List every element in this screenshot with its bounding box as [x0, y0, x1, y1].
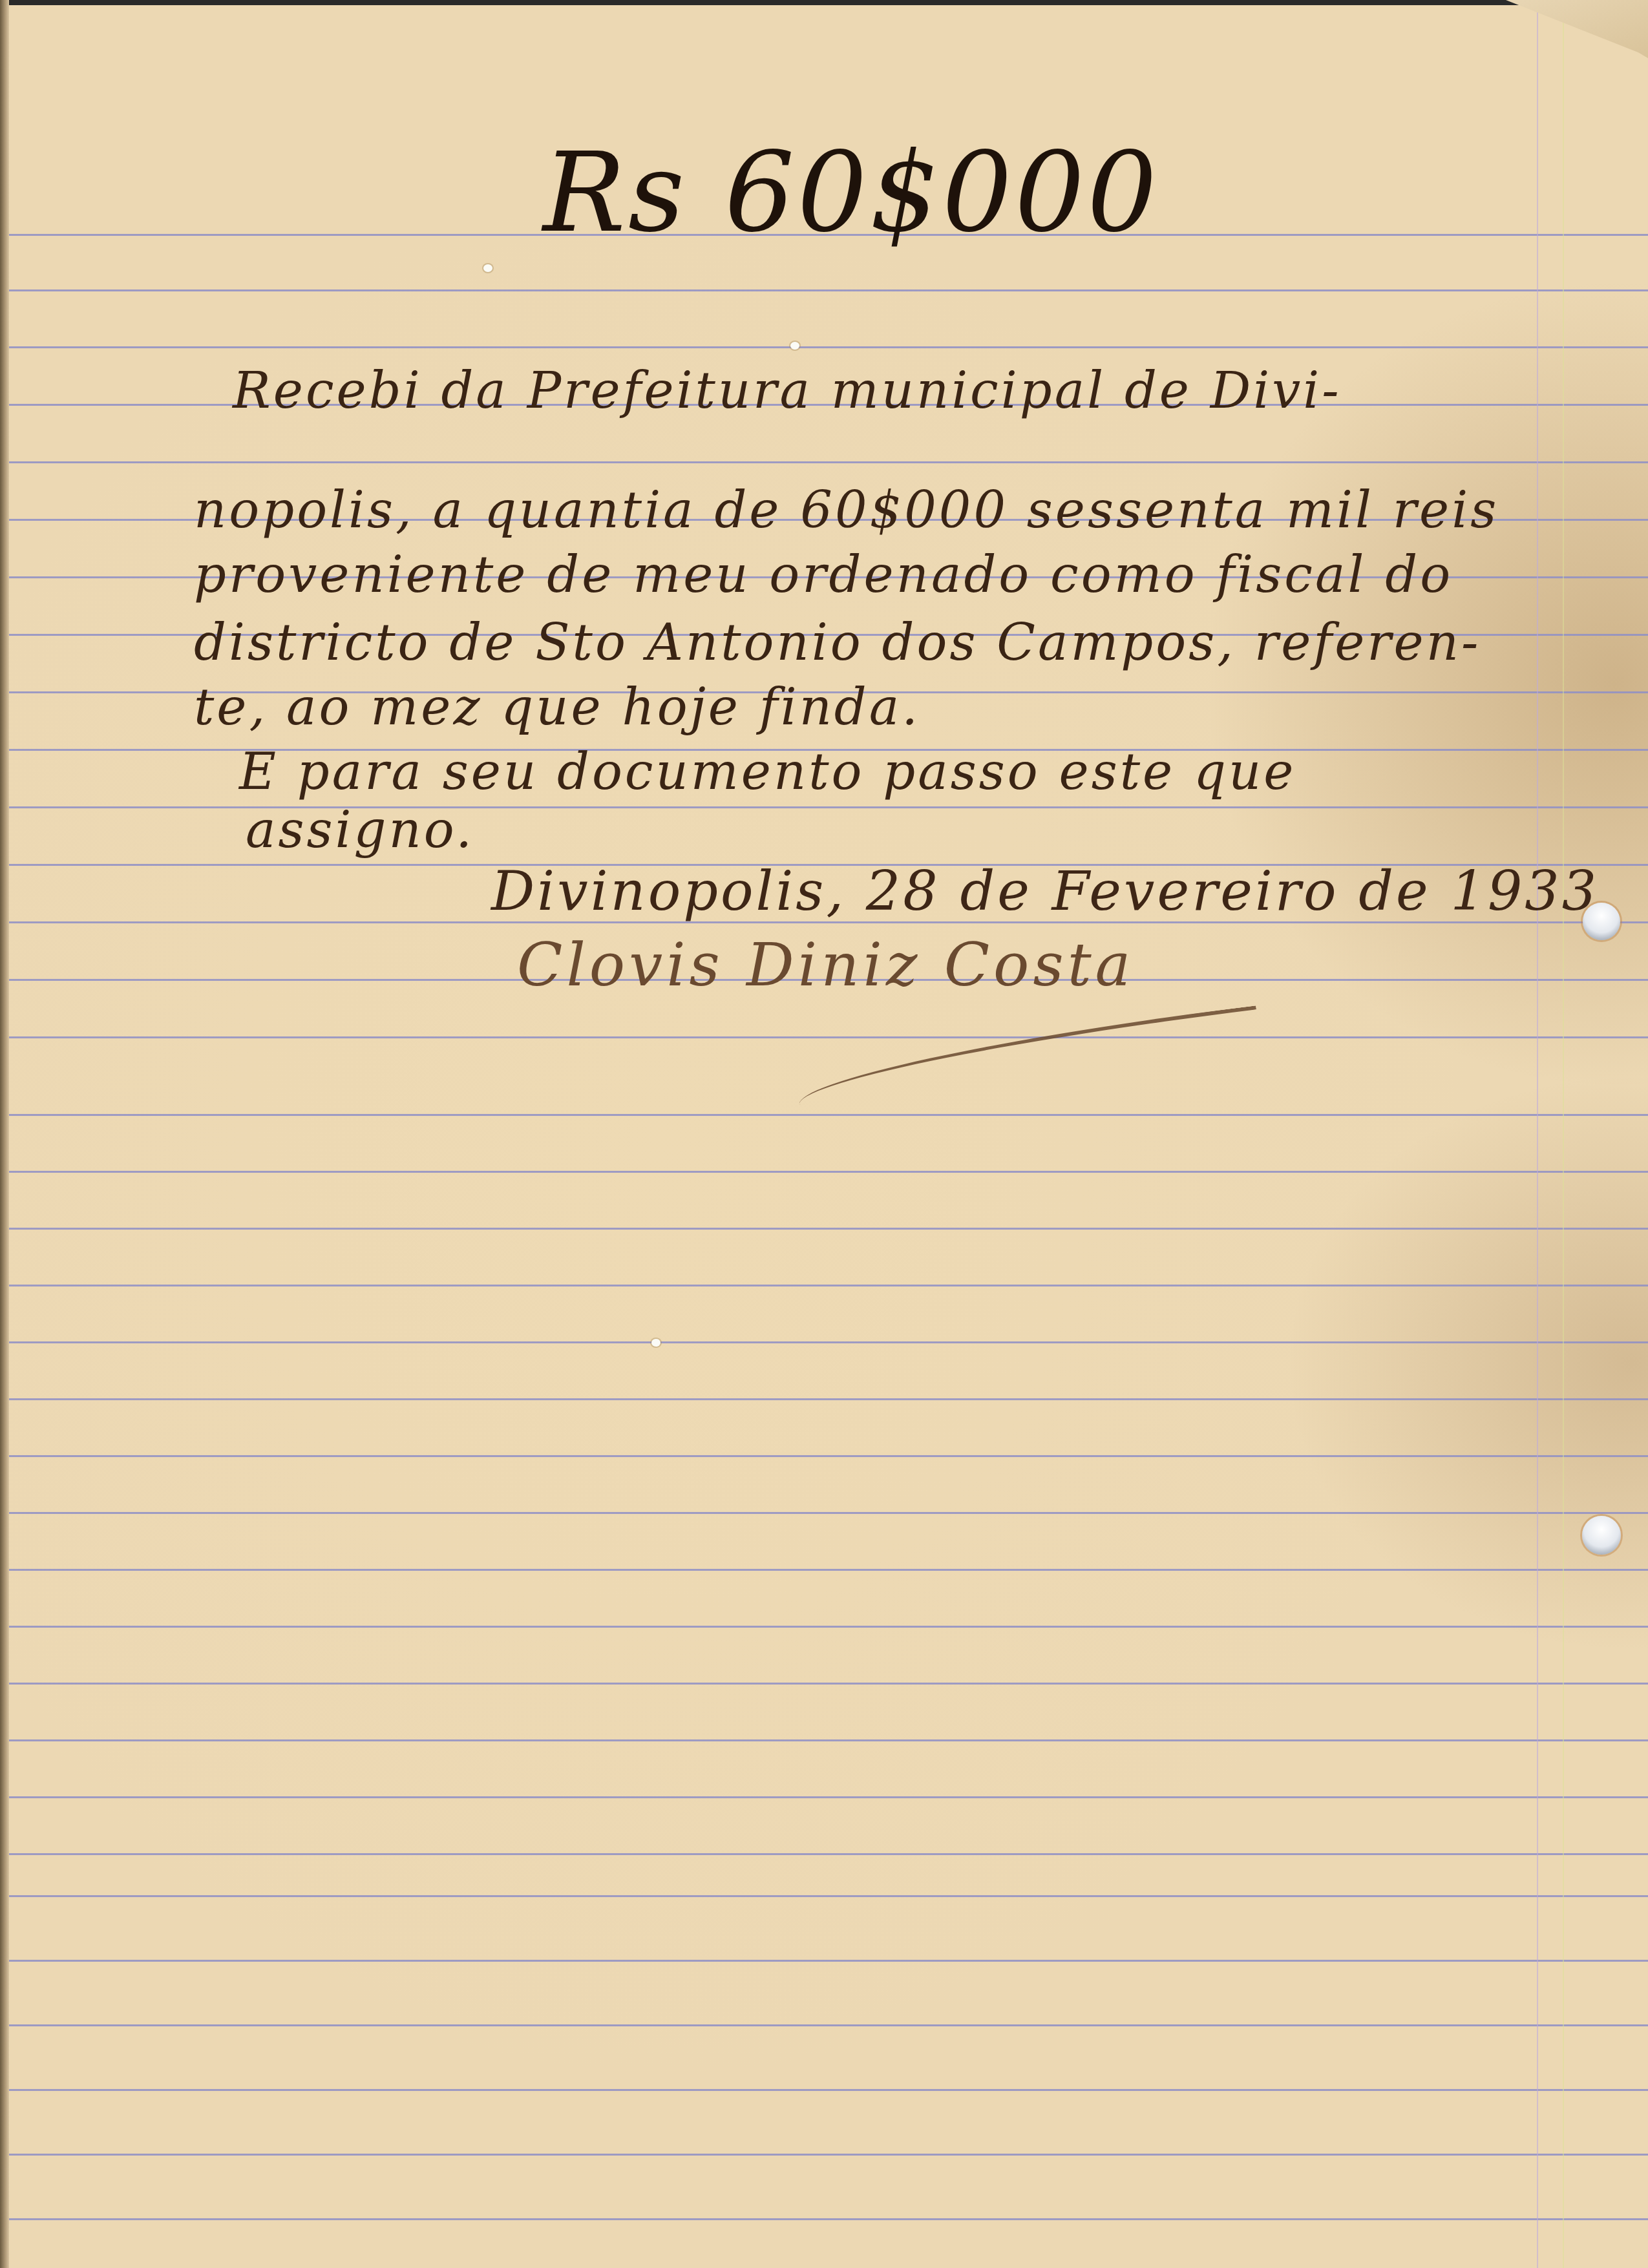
ruled-line [9, 1796, 1648, 1798]
ruled-line [9, 1455, 1648, 1457]
ruled-line [9, 2089, 1648, 2091]
body-line-6: E para seu documento passo este que [239, 743, 1296, 801]
right-margin-line-faint [1563, 0, 1564, 2268]
body-line-2: nopolis, a quantia de 60$000 sessenta mi… [194, 481, 1499, 540]
pin-hole [790, 342, 799, 350]
date-line: Divinopolis, 28 de Fevereiro de 1933 [491, 859, 1599, 923]
ruled-line [9, 1626, 1648, 1628]
ruled-line [9, 1036, 1648, 1038]
ruled-line [9, 346, 1648, 348]
amount-heading: Rs 60$000 [543, 129, 1159, 257]
ruled-line [9, 2024, 1648, 2026]
ruled-line [9, 1739, 1648, 1741]
ruled-line [9, 461, 1648, 463]
ruled-line [9, 2218, 1648, 2220]
ruled-line [9, 289, 1648, 291]
ruled-line [9, 1398, 1648, 1400]
ruled-line [9, 1512, 1648, 1514]
pin-hole [651, 1339, 660, 1347]
paper-sheet [8, 5, 1648, 2268]
ruled-line [9, 1114, 1648, 1116]
body-line-4: districto de Sto Antonio dos Campos, ref… [194, 614, 1481, 672]
right-margin-line [1537, 0, 1538, 2268]
ruled-line [9, 1228, 1648, 1230]
ruled-line [9, 1569, 1648, 1571]
ruled-line [9, 2154, 1648, 2156]
body-line-3: proveniente de meu ordenado como fiscal … [194, 546, 1453, 604]
scan-top-edge [0, 0, 1648, 5]
body-line-7: assigno. [246, 801, 474, 859]
ruled-line [9, 1960, 1648, 1962]
ruled-line [9, 1285, 1648, 1286]
torn-left-edge [0, 0, 9, 2268]
pin-hole [483, 264, 492, 272]
ruled-line [9, 1683, 1648, 1685]
body-line-5: te, ao mez que hoje finda. [194, 678, 920, 737]
ruled-line [9, 1171, 1648, 1173]
ruled-line [9, 1853, 1648, 1855]
signature: Clovis Diniz Costa [517, 930, 1134, 1000]
ruled-line [9, 1341, 1648, 1343]
punch-hole [1582, 1516, 1621, 1555]
body-line-1: Recebi da Prefeitura municipal de Divi- [233, 362, 1342, 420]
ruled-line [9, 1895, 1648, 1897]
